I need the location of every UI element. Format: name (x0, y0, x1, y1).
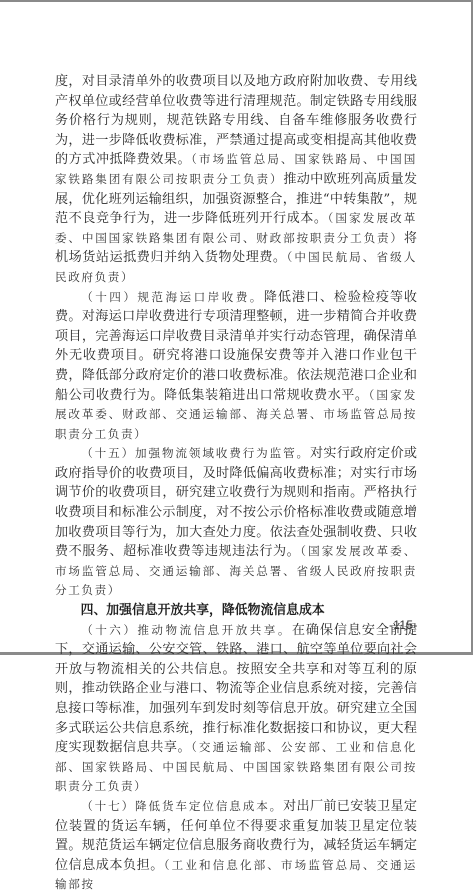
paragraph-item-14: （十四）规范海运口岸收费。降低港口、检验检疫等收费。对海运口岸收费进行专项清理整… (55, 288, 417, 445)
page-frame: 度，对目录清单外的收费项目以及地方政府附加收费、专用线产权单位或经营单位收费等进… (0, 0, 473, 655)
paragraph-continuation: 度，对目录清单外的收费项目以及地方政府附加收费、专用线产权单位或经营单位收费等进… (55, 72, 417, 288)
document-page-body: 度，对目录清单外的收费项目以及地方政府附加收费、专用线产权单位或经营单位收费等进… (55, 72, 417, 655)
page-number: -115- (389, 618, 418, 632)
item-title: （十六）推动物流信息开放共享。 (81, 623, 292, 637)
section-heading: 四、加强信息开放共享，降低物流信息成本 (55, 601, 417, 621)
paragraph-item-16: （十六）推动物流信息开放共享。在确保信息安全前提下，交通运输、公安交管、铁路、港… (55, 621, 417, 655)
body-text: 降低港口、检验检疫等收费。对海运口岸收费进行专项清理整顿，进一步精简合并收费项目… (55, 290, 417, 403)
body-text: 对实行政府定价或政府指导价的收费项目，及时降低偏高收费标准；对实行市场调节价的收… (55, 446, 417, 559)
item-title: （十五）加强物流领域收费行为监管。 (81, 446, 310, 460)
paragraph-item-15: （十五）加强物流领域收费行为监管。对实行政府定价或政府指导价的收费项目，及时降低… (55, 444, 417, 601)
item-title: （十四）规范海运口岸收费。 (81, 290, 264, 304)
